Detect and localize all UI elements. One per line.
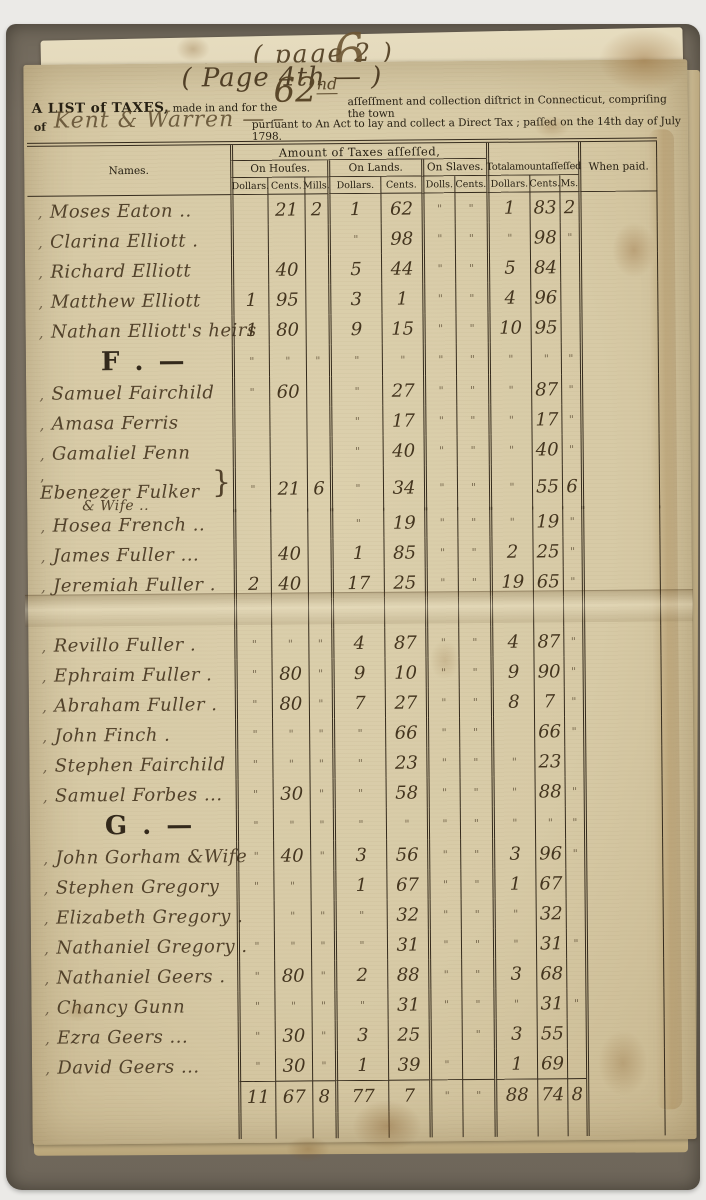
total-ms-cell: " <box>562 536 581 566</box>
houses-cents-cell: 80 <box>272 688 309 718</box>
name-cell: David Geers ... <box>35 1051 238 1083</box>
tax-value: 21 <box>277 479 300 500</box>
houses-dollars-cell: " <box>237 961 274 991</box>
tax-value: 3 <box>357 1024 369 1045</box>
tax-table: Amount of Taxes aſſeſſed, Names. On Houſ… <box>27 137 666 1140</box>
taxpayer-name: Nathaniel Gregory . <box>44 935 248 958</box>
slaves-cents-cell: " <box>456 405 488 435</box>
slaves-dolls-cell: " <box>423 405 456 435</box>
total-ms-cell <box>566 898 585 928</box>
taxpayer-name: Ephraim Fuller . <box>42 664 213 686</box>
tax-value: 3 <box>511 1023 523 1044</box>
houses-cents-cell <box>270 436 307 466</box>
ditto-mark: " <box>512 755 517 768</box>
slaves-dolls-cell: " <box>429 1049 462 1079</box>
lands-cents-cell: 44 <box>381 253 422 283</box>
total-dollars-cell: 10 <box>487 313 530 343</box>
ditto-mark: " <box>358 786 363 799</box>
on-houses-header: On Houſes. <box>230 160 327 178</box>
ditto-mark: " <box>354 353 359 366</box>
total-dollars-cell: 5 <box>487 253 530 283</box>
total-cents-cell: 96 <box>535 838 565 868</box>
lands-cents-cell: 27 <box>385 687 426 717</box>
lands-dollars-cell: 4 <box>331 628 384 658</box>
ditto-mark: " <box>318 637 323 650</box>
slaves-dolls-cell: " <box>426 687 459 717</box>
houses-cents-cell: " <box>274 900 311 930</box>
totals-lands-cents: 7 <box>388 1079 429 1111</box>
name-cell: Samuel Fairchild <box>29 377 232 409</box>
lands-cents-cell: 19 <box>383 507 424 537</box>
total-dollars-cell: " <box>488 343 531 375</box>
lands-dollars-cell: " <box>330 508 383 538</box>
name-cell: Elizabeth Gregory . <box>34 901 237 933</box>
tax-value: 1 <box>246 319 258 340</box>
tax-value: 31 <box>540 993 563 1014</box>
fold-crease <box>25 589 693 627</box>
houses-mills-cell: " <box>308 628 331 658</box>
ditto-mark: " <box>359 938 364 951</box>
tax-value: 15 <box>391 318 414 339</box>
tax-value: 7 <box>354 692 366 713</box>
slaves-cents-cell: " <box>455 223 487 253</box>
total-cents-cell: 66 <box>534 716 564 746</box>
ditto-mark: " <box>442 786 447 799</box>
houses-cents-cell: " <box>273 808 310 840</box>
ditto-mark: " <box>438 322 443 335</box>
ditto-mark: " <box>360 998 365 1011</box>
ditto-mark: " <box>507 231 512 244</box>
tax-value: 98 <box>390 228 413 249</box>
ditto-mark: " <box>318 667 323 680</box>
tail-cell <box>567 1110 586 1136</box>
tax-value: 87 <box>535 379 558 400</box>
houses-mills-cell <box>306 376 329 406</box>
lands-cents-cell: 1 <box>381 283 422 313</box>
houses-mills-cell <box>307 538 330 568</box>
total-cents-cell: 55 <box>532 464 562 510</box>
lands-dollars-cell: " <box>334 990 387 1020</box>
totals-total-ms: 8 <box>567 1078 586 1110</box>
totals-value: 7 <box>403 1086 415 1107</box>
houses-mills-cell <box>305 224 328 254</box>
lands-cents-cell: 87 <box>384 627 425 657</box>
houses-mills-cell: " <box>309 718 332 748</box>
houses-dollars-cell <box>233 539 270 569</box>
name-cell: Nathan Elliott's heirs <box>28 315 231 347</box>
ditto-mark: " <box>319 757 324 770</box>
houses-mills-cell: " <box>311 930 334 960</box>
when-paid-cell <box>585 897 664 928</box>
houses-dollars-cell: " <box>234 629 271 659</box>
tax-value: 31 <box>396 934 419 955</box>
tax-value: 19 <box>501 571 524 592</box>
tax-value: 85 <box>393 542 416 563</box>
taxpayer-name: Stephen Fairchild <box>42 754 225 777</box>
ditto-mark: " <box>470 321 475 334</box>
taxpayer-name: James Fuller ... <box>40 544 199 566</box>
ditto-mark: " <box>440 576 445 589</box>
lands-dollars-cell: " <box>334 930 387 960</box>
totals-houses-mills: 8 <box>312 1080 335 1112</box>
when-paid-cell <box>580 341 659 374</box>
total-cents-cell: 98 <box>530 222 560 252</box>
when-paid-cell <box>584 867 663 898</box>
total-cents-cell: 23 <box>534 746 564 776</box>
lands-dollars-cell: 3 <box>335 1020 388 1050</box>
ditto-mark: " <box>570 545 575 558</box>
total-ms-cell: 2 <box>559 192 578 222</box>
tax-value: 23 <box>538 751 561 772</box>
lands-dollars-cell: 2 <box>334 960 387 990</box>
tax-value: 9 <box>354 662 366 683</box>
slaves-cents-cell: " <box>461 929 493 959</box>
tail-cell <box>494 1110 537 1136</box>
houses-mills-cell: " <box>311 960 334 990</box>
total-dollars-cell: 3 <box>493 958 536 988</box>
lands-cents-cell: 10 <box>384 657 425 687</box>
tax-value: 95 <box>535 317 558 338</box>
tax-value: 55 <box>541 1023 564 1044</box>
tax-value: 55 <box>536 476 559 497</box>
slaves-dolls-cell: " <box>422 223 455 253</box>
ditto-mark: " <box>439 481 444 494</box>
tax-value: 58 <box>395 782 418 803</box>
ditto-mark: " <box>473 665 478 678</box>
total-ms-cell: " <box>566 928 585 958</box>
tax-value: 67 <box>539 873 562 894</box>
header-spacer <box>578 141 657 158</box>
ditto-mark: " <box>569 443 574 456</box>
when-paid-cell <box>585 927 664 958</box>
tax-value: 4 <box>508 631 520 652</box>
ditto-mark: " <box>438 353 443 366</box>
total-ms-cell: " <box>565 806 584 838</box>
name-cell: Abraham Fuller . <box>32 689 235 721</box>
houses-cents-cell: " <box>269 344 306 376</box>
ditto-mark: " <box>355 482 360 495</box>
when-paid-cell <box>584 837 663 868</box>
slaves-cents-cell: " <box>459 747 491 777</box>
total-ms-cell <box>565 868 584 898</box>
tail-cell <box>275 1112 312 1138</box>
houses-mills-cell <box>310 870 333 900</box>
ditto-mark: " <box>438 292 443 305</box>
tax-value: 60 <box>277 381 300 402</box>
tax-value: 62 <box>390 198 413 219</box>
header-spacer <box>27 178 230 197</box>
when-paid-cell <box>579 311 658 342</box>
tax-value: 80 <box>276 319 299 340</box>
total-ms-cell: " <box>565 776 584 806</box>
total-ms-cell: " <box>566 988 585 1018</box>
houses-mills-cell: " <box>312 1020 335 1050</box>
houses-mills-cell: " <box>309 688 332 718</box>
header-spacer <box>578 174 657 192</box>
ditto-mark: " <box>440 546 445 559</box>
total-cents-cell: 32 <box>536 898 566 928</box>
ditto-mark: " <box>320 849 325 862</box>
lands-cents-cell: " <box>382 343 423 375</box>
houses-mills-cell: " <box>306 344 329 376</box>
ditto-mark: " <box>321 969 326 982</box>
tax-value: 2 <box>311 199 323 220</box>
lands-cents-cell: 17 <box>382 405 423 435</box>
slaves-cents-cell: " <box>456 343 488 375</box>
ditto-mark: " <box>288 637 293 650</box>
tail-cell <box>388 1111 429 1137</box>
total-ms-cell <box>560 252 579 282</box>
total-cents-cell: 83 <box>529 192 559 222</box>
ditto-mark: " <box>443 938 448 951</box>
total-ms-cell <box>560 312 579 342</box>
ditto-mark: " <box>468 201 473 214</box>
lands-cents-cell: 85 <box>383 537 424 567</box>
total-ms-cell: " <box>563 656 582 686</box>
slaves-dolls-cell: " <box>425 657 458 687</box>
when-paid-cell <box>582 625 661 656</box>
houses-dollars-cell: 1 <box>231 315 268 345</box>
total-amount-header: Totalamountaſſeſſed <box>486 158 578 176</box>
total-ms-cell: " <box>561 404 580 434</box>
total-dollars-cell: 1 <box>494 1048 537 1078</box>
houses-cents-cell <box>269 406 306 436</box>
ditto-mark: " <box>509 481 514 494</box>
houses-dollars-cell: " <box>235 749 272 779</box>
taxpayer-name: Matthew Elliott <box>38 290 201 312</box>
tax-value: 7 <box>544 691 556 712</box>
lands-dollars-cell: 1 <box>333 870 386 900</box>
houses-dollars-cell: " <box>234 659 271 689</box>
total-dollars-cell: " <box>487 223 530 253</box>
ditto-mark: " <box>355 384 360 397</box>
ditto-mark: " <box>474 877 479 890</box>
when-paid-cell <box>580 403 659 434</box>
district-number-suffix: nd <box>317 74 338 94</box>
lands-dollars-cell: " <box>334 900 387 930</box>
houses-cents-cell: 80 <box>271 658 308 688</box>
names-header: Names. <box>27 161 230 180</box>
ditto-mark: " <box>443 908 448 921</box>
tax-value: 69 <box>541 1053 564 1074</box>
houses-mills-cell <box>307 436 330 466</box>
tail-cell <box>586 1109 665 1136</box>
when-paid-cell <box>581 535 660 566</box>
ditto-mark: " <box>254 939 259 952</box>
lands-cents-cell: 34 <box>383 465 424 511</box>
total-cents-cell: 17 <box>531 404 561 434</box>
houses-mills-cell: 2 <box>304 194 327 224</box>
total-dollars-cell: 2 <box>489 536 532 566</box>
ditto-mark: " <box>473 755 478 768</box>
lands-cents-cell: " <box>386 807 427 839</box>
ditto-mark: " <box>318 697 323 710</box>
ditto-mark: " <box>356 516 361 529</box>
total-dollars-cell: 4 <box>487 283 530 313</box>
houses-mills-cell <box>305 284 328 314</box>
ditto-mark: " <box>569 383 574 396</box>
slaves-cents-cell: " <box>458 627 490 657</box>
ditto-mark: " <box>255 969 260 982</box>
tax-value: 3 <box>510 963 522 984</box>
on-slaves-header: On Slaves. <box>421 159 486 177</box>
ditto-mark: " <box>249 354 254 367</box>
lands-cents-cell: 56 <box>386 839 427 869</box>
houses-cents-cell: 21 <box>267 194 304 224</box>
tax-value: 80 <box>279 693 302 714</box>
lands-cents-cell: 58 <box>386 777 427 807</box>
tax-value: 4 <box>354 632 366 653</box>
houses-dollars-cell: " <box>236 841 273 871</box>
slaves-dolls-cell: " <box>423 343 456 375</box>
total-ms-cell <box>560 282 579 312</box>
name-cell: Matthew Elliott <box>28 285 231 317</box>
tax-value: 96 <box>534 287 557 308</box>
total-cents-cell: 88 <box>535 776 565 806</box>
when-paid-cell <box>583 745 662 776</box>
tax-value: 83 <box>534 197 557 218</box>
tail-cell <box>537 1110 567 1136</box>
ditto-mark: " <box>400 353 405 366</box>
ditto-mark: " <box>508 352 513 365</box>
tax-value: 1 <box>356 874 368 895</box>
ditto-mark: " <box>571 665 576 678</box>
taxpayer-name: Richard Elliott <box>38 260 191 282</box>
lands-dollars-cell: 1 <box>330 538 383 568</box>
lands-dollars-cell: 1 <box>327 194 380 224</box>
total-dollars-cell: 8 <box>491 686 534 716</box>
ditto-mark: " <box>319 727 324 740</box>
tax-value: 9 <box>351 318 363 339</box>
tax-value: 17 <box>347 572 370 593</box>
when-paid-cell <box>580 373 659 404</box>
slaves-cents-cell: " <box>460 839 492 869</box>
houses-cents-cell: " <box>271 628 308 658</box>
ditto-mark: " <box>289 757 294 770</box>
slaves-cents-cell: " <box>459 717 491 747</box>
total-cents-cell: 55 <box>537 1018 567 1048</box>
name-cell: Hosea French .. <box>30 509 233 541</box>
slaves-cents-cell: " <box>460 807 492 839</box>
name-cell: Moses Eaton .. <box>27 195 230 227</box>
tax-value: 27 <box>392 380 415 401</box>
ditto-mark: " <box>290 939 295 952</box>
taxpayer-name: Stephen Gregory <box>43 876 219 899</box>
tax-value: 56 <box>396 844 419 865</box>
when-paid-cell <box>583 715 662 746</box>
taxpayer-name: Revillo Fuller . <box>41 634 196 656</box>
houses-cents-cell: 80 <box>268 314 305 344</box>
total-dollars-cell: " <box>492 776 535 806</box>
houses-cents-cell: 95 <box>268 284 305 314</box>
taxpayer-name: Nathaniel Geers . <box>44 966 225 989</box>
ditto-mark: " <box>255 1029 260 1042</box>
totals-houses-cents: 67 <box>275 1080 312 1112</box>
ditto-mark: " <box>473 695 478 708</box>
when-paid-cell <box>579 251 658 282</box>
total-ms-cell <box>566 958 585 988</box>
total-cents-cell: 84 <box>530 252 560 282</box>
houses-cents-cell: " <box>272 718 309 748</box>
ditto-mark: " <box>571 635 576 648</box>
ditto-mark: " <box>319 818 324 831</box>
total-ms-cell: " <box>562 506 581 536</box>
tax-value: 39 <box>397 1054 420 1075</box>
ditto-mark: " <box>255 999 260 1012</box>
ditto-mark: " <box>321 1029 326 1042</box>
tax-value: 30 <box>280 783 303 804</box>
total-cents-cell: 87 <box>533 626 563 656</box>
tax-value: 87 <box>394 632 417 653</box>
houses-dollars-cell: " <box>236 779 273 809</box>
total-dollars-cell: " <box>489 506 532 536</box>
houses-mills-cell: 6 <box>307 466 330 512</box>
total-dollars-cell: " <box>488 404 531 434</box>
tax-value: 2 <box>248 573 260 594</box>
ditto-mark: " <box>445 1089 450 1102</box>
total-dollars-cell: " <box>493 898 536 928</box>
ditto-mark: " <box>315 354 320 367</box>
slaves-cents-cell: " <box>457 435 489 465</box>
totals-value: 8 <box>318 1086 330 1107</box>
houses-dollars-header: Dollars. <box>230 178 267 195</box>
tax-value: 40 <box>278 573 301 594</box>
ditto-mark: " <box>441 636 446 649</box>
lands-cents-cell: 62 <box>380 193 421 223</box>
ditto-mark: " <box>320 939 325 952</box>
slaves-cents-cell: " <box>461 899 493 929</box>
tax-value: 84 <box>534 257 557 278</box>
tax-value: 80 <box>282 965 305 986</box>
tax-value: 1 <box>511 1053 523 1074</box>
houses-mills-cell: " <box>310 840 333 870</box>
name-cell: Amasa Ferris <box>29 407 232 439</box>
total-dollars-cell: " <box>489 434 532 464</box>
taxpayer-name: Samuel Forbes ... <box>43 784 223 807</box>
name-cell: John Finch . <box>32 719 235 751</box>
houses-dollars-cell <box>231 225 268 255</box>
tail-cell <box>335 1112 388 1138</box>
ditto-mark: " <box>544 352 549 365</box>
slaves-dolls-cell: " <box>427 777 460 807</box>
houses-mills-cell <box>305 254 328 284</box>
ditto-mark: " <box>513 937 518 950</box>
lands-dollars-cell: 5 <box>328 254 381 284</box>
taxpayer-name: John Finch . <box>42 724 170 746</box>
tax-value: 10 <box>499 317 522 338</box>
houses-cents-cell: " <box>272 748 309 778</box>
ditto-mark: " <box>568 352 573 365</box>
when-paid-cell <box>579 221 658 252</box>
houses-cents-cell: " <box>274 990 311 1020</box>
tax-value: 31 <box>397 994 420 1015</box>
ditto-mark: " <box>509 443 514 456</box>
ditto-mark: " <box>439 414 444 427</box>
houses-dollars-cell: " <box>232 377 269 407</box>
slaves-dolls-cell: " <box>425 627 458 657</box>
tax-value: 9 <box>508 661 520 682</box>
houses-cents-header: Cents. <box>267 177 304 194</box>
taxpayer-name: John Gorham &Wife <box>43 845 247 868</box>
total-ms-cell <box>564 746 583 776</box>
tax-value: 2 <box>564 197 576 218</box>
name-cell: Revillo Fuller . <box>31 629 234 661</box>
totals-value: 67 <box>283 1086 306 1107</box>
name-cell: Samuel Forbes ... <box>33 779 236 811</box>
ditto-mark: " <box>474 785 479 798</box>
lands-dollars-cell: " <box>329 406 382 436</box>
town-name-handwritten: Kent & Warren — – <box>54 107 286 134</box>
